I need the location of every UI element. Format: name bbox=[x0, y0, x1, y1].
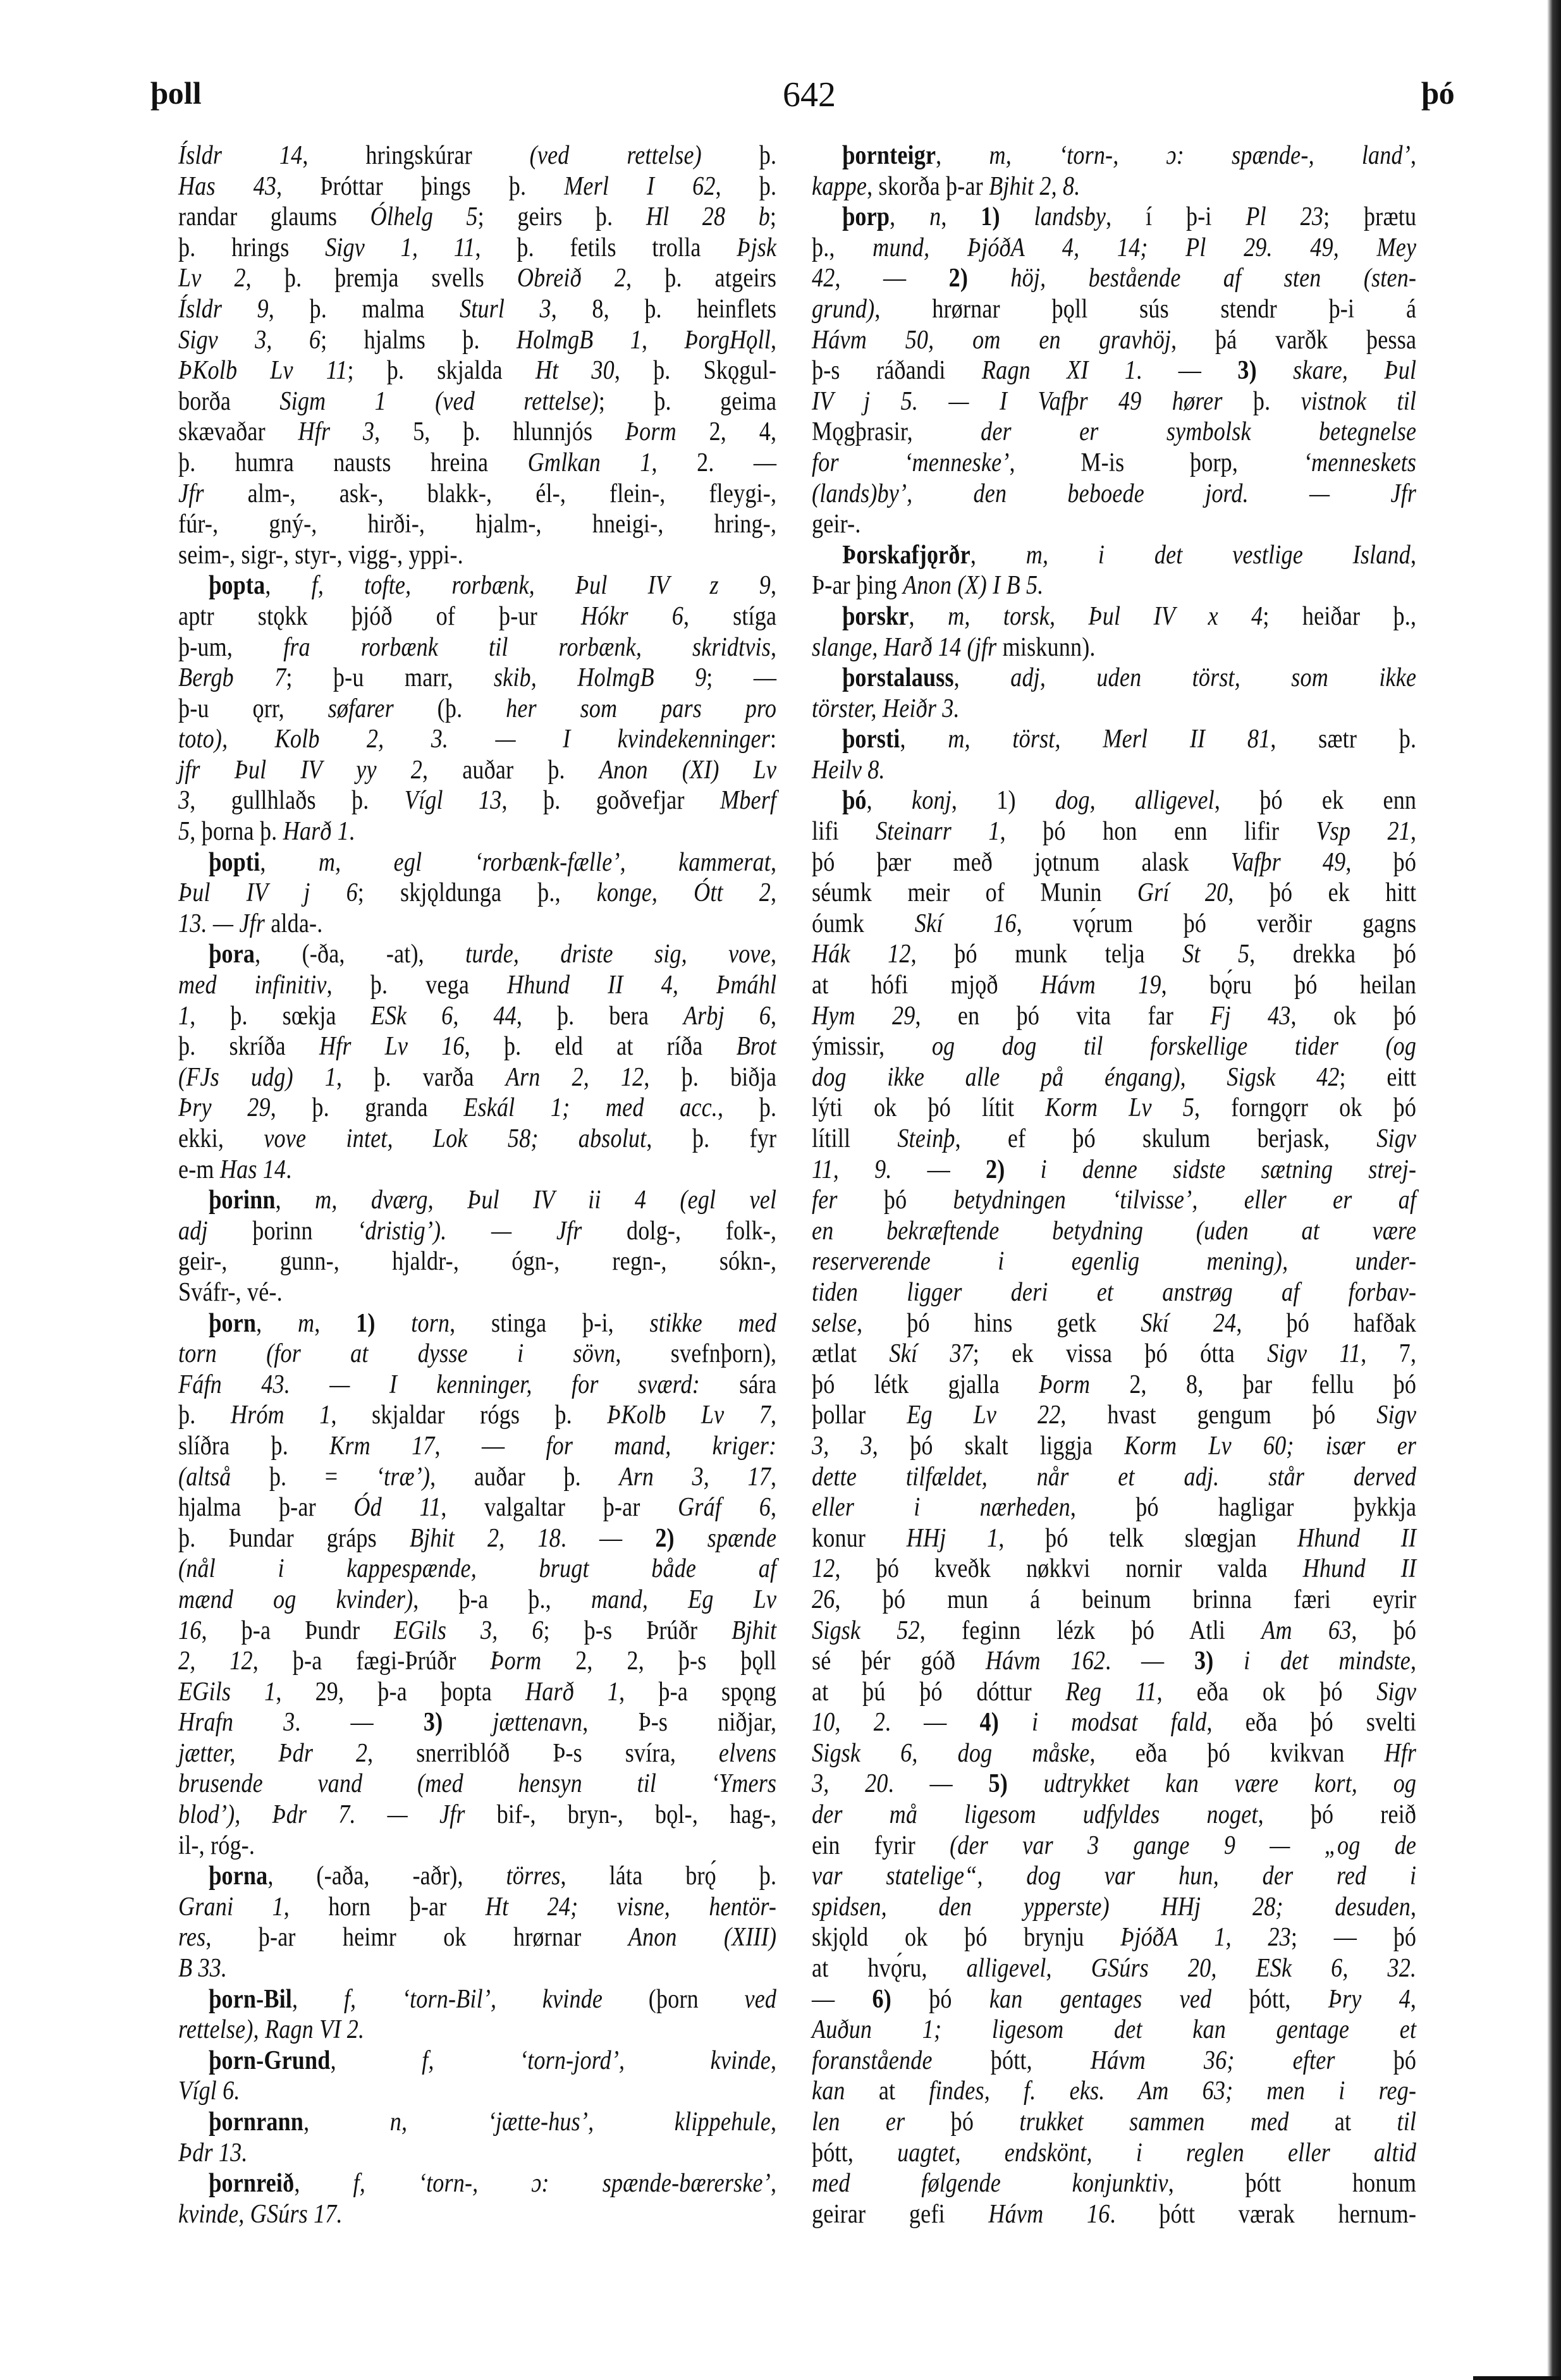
roman-text: , bbox=[1411, 541, 1416, 570]
italic-text: Hhund II bbox=[1297, 1524, 1416, 1553]
italic-text: elvens bbox=[719, 1739, 776, 1768]
italic-text: fra rorbænk til rorbænk, skridtvis bbox=[283, 633, 771, 662]
roman-text: , bbox=[936, 141, 989, 170]
entry-line: 3, 3, þó skalt liggja Korm Lv 60; især e… bbox=[812, 1431, 1416, 1462]
entry-line: þ. skríða Hfr Lv 16, þ. eld at ríða Brot bbox=[178, 1031, 776, 1062]
italic-text: Hl 28 b bbox=[646, 202, 770, 231]
italic-text: Anon (X) I B 5. bbox=[903, 571, 1043, 600]
roman-text: , 29, þ-a þopta bbox=[276, 1678, 525, 1707]
roman-text: óumk bbox=[812, 909, 915, 938]
italic-text: adj bbox=[178, 1217, 208, 1246]
roman-text: , bbox=[909, 602, 948, 631]
roman-text: , bbox=[771, 848, 776, 877]
roman-text: : bbox=[770, 725, 776, 754]
entry-line: reserverende i egenlig mening), under- bbox=[812, 1246, 1416, 1277]
italic-text: Þorm bbox=[490, 1647, 541, 1676]
italic-text: for ‘menneske’ bbox=[812, 448, 1010, 477]
italic-text: Skí 16 bbox=[915, 909, 1017, 938]
roman-text: þótt, bbox=[1211, 1985, 1328, 2014]
entry-line: Heilv 8. bbox=[812, 755, 1416, 786]
entry-line: 10, 2. — 4) i modsat fald, eða þó svelti bbox=[812, 1707, 1416, 1738]
italic-text: f, ‘torn-jord’, kvinde bbox=[422, 2046, 771, 2075]
italic-text: Bjhit bbox=[732, 1616, 776, 1645]
entry-line: borða Sigm 1 (ved rettelse); þ. geima bbox=[178, 386, 776, 417]
italic-text: Vígl 6. bbox=[178, 2076, 240, 2106]
roman-text: , 8, þ. heinflets bbox=[551, 295, 776, 324]
entry-line: 2, 12, þ-a fægi-Þrúðr Þorm 2, 2, þ-s þǫl… bbox=[178, 1646, 776, 1677]
entry-line: e-m Has 14. bbox=[178, 1155, 776, 1186]
italic-text: Þorm bbox=[625, 417, 676, 446]
roman-text: skjǫld ok þó brynju bbox=[812, 1923, 1120, 1952]
roman-text: , 7, bbox=[1361, 1339, 1416, 1368]
roman-text: , bbox=[1411, 1985, 1416, 2014]
italic-text: Ht 24; visne, hentör- bbox=[486, 1892, 776, 1922]
roman-text: þó bbox=[838, 1186, 953, 1215]
italic-text: blod’), Þdr 7. — Jfr bbox=[178, 1800, 465, 1829]
roman-text: , þó hon enn lifir bbox=[1000, 817, 1316, 846]
roman-text: , þó hafðak bbox=[1236, 1309, 1416, 1338]
headword: þorn-Bil bbox=[209, 1985, 292, 2014]
roman-text bbox=[1257, 356, 1293, 385]
roman-text: fúr-, gný-, hirði-, hjalm-, hneigi-, hri… bbox=[178, 510, 776, 539]
italic-text: og dog til forskellige tider (og bbox=[932, 1032, 1416, 1061]
roman-text: , þó kveðk nøkkvi nornir valda bbox=[835, 1554, 1302, 1583]
roman-text: þó bbox=[1335, 2046, 1417, 2075]
entry-line: skævaðar Hfr 3, 5, þ. hlunnjós Þorm 2, 4… bbox=[178, 417, 776, 448]
italic-text: reserverende i egenlig mening), under- bbox=[812, 1247, 1416, 1276]
italic-text: Hávm 16 bbox=[988, 2200, 1110, 2229]
italic-text: f, ‘torn-, ɔ: spænde-bærerske’ bbox=[353, 2169, 770, 2198]
roman-text: , þ. malma bbox=[269, 295, 460, 324]
roman-text: , hvast gengum þó bbox=[1060, 1401, 1376, 1430]
italic-text: 1 bbox=[178, 1002, 190, 1031]
italic-text: vove intet, Lok 58; absolut bbox=[264, 1124, 646, 1153]
italic-text: Fj 43 bbox=[1210, 1002, 1290, 1031]
italic-text: (der var 3 gange 9 — „og de bbox=[950, 1831, 1416, 1860]
italic-text: ‘menneskets bbox=[1304, 448, 1416, 477]
italic-text: jættenavn bbox=[493, 1708, 582, 1737]
entry-line: var statelige“, dog var hun, der red i bbox=[812, 1861, 1416, 1892]
roman-text: , bbox=[1411, 141, 1416, 170]
italic-text: 10, 2 bbox=[812, 1708, 885, 1737]
italic-text: törres bbox=[506, 1862, 561, 1891]
italic-text: m, törst, Merl II 81 bbox=[948, 725, 1270, 754]
italic-text: mand, Eg Lv bbox=[591, 1585, 776, 1614]
roman-text: , forngǫrr ok þó bbox=[1194, 1093, 1416, 1122]
entry-headline: þorstalauss, adj, uden törst, som ikke bbox=[812, 663, 1416, 694]
headword: þorstalauss bbox=[842, 663, 954, 692]
entry-line: Sigsk 52, feginn lézk þó Atli Am 63, þó bbox=[812, 1616, 1416, 1647]
roman-text: lifi bbox=[812, 817, 876, 846]
italic-text: Hókr 6 bbox=[581, 602, 683, 631]
roman-text: sé þér góð bbox=[812, 1647, 986, 1676]
italic-text: 5 bbox=[178, 817, 190, 846]
roman-text: , — bbox=[435, 1432, 546, 1461]
roman-text: ekki, bbox=[178, 1124, 264, 1153]
italic-text: eller i nærheden bbox=[812, 1493, 1070, 1522]
italic-text: Krm 17 bbox=[329, 1432, 434, 1461]
italic-text: HolmgB 1 bbox=[517, 326, 642, 355]
entry-headline: þornreið, f, ‘torn-, ɔ: spænde-bærerske’… bbox=[178, 2168, 776, 2199]
italic-text: Hrafn 3 bbox=[178, 1708, 295, 1737]
entry-line: spidsen, den ypperste) HHj 28; desuden, bbox=[812, 1892, 1416, 1923]
roman-text: , þ. Skǫgul- bbox=[615, 356, 776, 385]
italic-text: ÞKolb Lv 11 bbox=[178, 356, 348, 385]
italic-text: til bbox=[1397, 2107, 1417, 2137]
entry-line: 26, þó mun á beinum brinna færi eyrir bbox=[812, 1585, 1416, 1616]
roman-text: , þá varðk þessa bbox=[1171, 326, 1416, 355]
italic-text: ÞorgHǫll bbox=[684, 326, 770, 355]
entry-line: dette tilfældet, når et adj. står derved bbox=[812, 1462, 1416, 1493]
entry-line: randar glaums Ólhelg 5; geirs þ. Hl 28 b… bbox=[178, 202, 776, 233]
roman-text: ; — þó bbox=[1291, 1923, 1416, 1952]
italic-text: Sigv bbox=[1376, 1124, 1416, 1153]
italic-text: Hávm 36; efter bbox=[1091, 2046, 1335, 2075]
roman-text: — bbox=[812, 1985, 872, 2014]
italic-text: IV j 5. — I Vafþr 49 hører bbox=[812, 387, 1223, 416]
entry-line: þ. Hróm 1, skjaldar rógs þ. ÞKolb Lv 7, bbox=[178, 1400, 776, 1431]
roman-text: , þ. atgeirs bbox=[626, 264, 776, 293]
roman-text: . — bbox=[1136, 356, 1237, 385]
italic-text: Hávm 50, om en gravhöj bbox=[812, 326, 1171, 355]
italic-text: Harð 1 bbox=[283, 817, 349, 846]
italic-text: Bergb 7 bbox=[178, 663, 286, 692]
roman-text: konur bbox=[812, 1524, 907, 1553]
roman-text: alda-. bbox=[265, 909, 322, 938]
roman-text: , stíga bbox=[683, 602, 776, 631]
italic-text: kappe bbox=[812, 172, 867, 201]
italic-text: Auðun 1; ligesom det kan gentage et bbox=[812, 2015, 1416, 2044]
italic-text: Sigv bbox=[1376, 1401, 1416, 1430]
scan-edge-bottom bbox=[1473, 2376, 1561, 2380]
entry-line: at hófi mjǫð Hávm 19, bǫ́ru þó heilan bbox=[812, 970, 1416, 1001]
roman-text bbox=[1000, 202, 1034, 231]
italic-text: 2, 12 bbox=[178, 1647, 253, 1676]
italic-text: adj, uden törst, som ikke bbox=[1010, 663, 1416, 692]
entry-line: brusende vand (med hensyn til ‘Ymers bbox=[178, 1769, 776, 1800]
entry-line: þ., mund, ÞjóðA 4, 14; Pl 29. 49, Mey bbox=[812, 233, 1416, 264]
entry-line: þ. hrings Sigv 1, 11, þ. fetils trolla Þ… bbox=[178, 233, 776, 264]
entry-line: sé þér góð Hávm 162. — 3) i det mindste, bbox=[812, 1646, 1416, 1677]
entry-line: (altså þ. = ‘træ’), auðar þ. Arn 3, 17, bbox=[178, 1462, 776, 1493]
headword: 3) bbox=[1194, 1647, 1213, 1676]
roman-text: , bbox=[771, 2107, 776, 2137]
italic-text: (ved rettelse) bbox=[530, 141, 702, 170]
roman-text bbox=[1213, 1647, 1244, 1676]
headword: þorskr bbox=[842, 602, 909, 631]
italic-text: Sigsk 6, dog måske bbox=[812, 1739, 1089, 1768]
italic-text: Grí 20 bbox=[1137, 878, 1228, 907]
italic-text: foranstående bbox=[812, 2046, 933, 2075]
headword: þornrann bbox=[209, 2107, 303, 2137]
italic-text: 12 bbox=[812, 1554, 835, 1583]
italic-text: Jfr bbox=[178, 479, 204, 508]
roman-text: þorinn bbox=[208, 1217, 357, 1246]
entry-line: (lands)by’, den beboede jord. — Jfr bbox=[812, 479, 1416, 510]
roman-text: ; þ. geima bbox=[599, 387, 776, 416]
italic-text: Þry 29 bbox=[178, 1093, 271, 1122]
roman-text: ; ek vissa þó ótta bbox=[973, 1339, 1268, 1368]
roman-text: ; heiðar þ., bbox=[1263, 602, 1416, 631]
entry-line: (FJs udg) 1, þ. varða Arn 2, 12, þ. biðj… bbox=[178, 1062, 776, 1093]
roman-text: , þ. fetils trolla bbox=[475, 233, 737, 262]
entry-line: Fáfn 43. — I kenninger, for sværd: sára bbox=[178, 1370, 776, 1401]
entry-line: 3, 20. — 5) udtrykket kan være kort, og bbox=[812, 1769, 1416, 1800]
entry-line: dog ikke alle på éngang), Sigsk 42; eitt bbox=[812, 1062, 1416, 1093]
entry-headline: þorn, m, 1) torn, stinga þ-i, stikke med bbox=[178, 1308, 776, 1339]
entry-line: Lv 2, þ. þremja svells Obreið 2, þ. atge… bbox=[178, 263, 776, 294]
roman-text: þ. = bbox=[231, 1463, 376, 1492]
entry-line: þó þær með jǫtnum alask Vafþr 49, þó bbox=[812, 847, 1416, 878]
roman-text: , þ. eld at ríða bbox=[465, 1032, 737, 1061]
italic-text: Sigv 3, 6 bbox=[178, 326, 321, 355]
roman-text: , þó ek hitt bbox=[1228, 878, 1416, 907]
roman-text: , bbox=[771, 1002, 776, 1031]
italic-text: alligevel, GSúrs 20, ESk 6, 32. bbox=[967, 1954, 1417, 1983]
dictionary-column-right: þornteigr, m, ‘torn-, ɔ: spænde-, land’,… bbox=[812, 140, 1416, 2230]
entry-line: tiden ligger deri et anstrøg af forbav- bbox=[812, 1277, 1416, 1308]
italic-text: (FJs udg) 1 bbox=[178, 1063, 336, 1092]
roman-text: , þ. sœkja bbox=[190, 1002, 370, 1031]
roman-text: , bbox=[771, 1401, 776, 1430]
italic-text: m, torsk, Þul IV x 4 bbox=[948, 602, 1263, 631]
italic-text: toto), Kolb 2, 3. — I kvindekenninger bbox=[178, 725, 770, 754]
italic-text: n bbox=[929, 202, 941, 231]
entry-line: EGils 1, 29, þ-a þopta Harð 1, þ-a spǫng bbox=[178, 1677, 776, 1708]
roman-text: miskunn). bbox=[996, 633, 1095, 662]
roman-text: , horn þ-ar bbox=[284, 1892, 486, 1922]
entry-line: 3, gullhlaðs þ. Vígl 13, þ. goðvefjar Mb… bbox=[178, 785, 776, 816]
italic-text: vistnok til bbox=[1301, 387, 1416, 416]
italic-text: rettelse), Ragn VI 2. bbox=[178, 2015, 364, 2044]
entry-line: hjalma þ-ar Ód 11, valgaltar þ-ar Gráf 6… bbox=[178, 1492, 776, 1523]
entry-line: Mǫgþrasir, der er symbolsk betegnelse bbox=[812, 417, 1416, 448]
italic-text: Sigv 11 bbox=[1267, 1339, 1361, 1368]
entry-line: þótt, uagtet, endskönt, i reglen eller a… bbox=[812, 2138, 1416, 2169]
italic-text: (altså bbox=[178, 1463, 231, 1492]
roman-text: ein fyrir bbox=[812, 1831, 950, 1860]
italic-text: slange, Harð 14 (jfr bbox=[812, 633, 996, 662]
entry-line: ekki, vove intet, Lok 58; absolut, þ. fy… bbox=[178, 1124, 776, 1155]
roman-text: , láta brǫ́ þ. bbox=[561, 1862, 777, 1891]
roman-text: , bbox=[867, 786, 912, 815]
roman-text bbox=[675, 1524, 707, 1553]
italic-text: kvinde, GSúrs 17. bbox=[178, 2200, 343, 2229]
roman-text: , þ. bbox=[718, 1093, 776, 1122]
italic-text: Am 63 bbox=[1261, 1616, 1351, 1645]
italic-text: höj, bestående af sten (sten- bbox=[1010, 264, 1416, 293]
roman-text: , bbox=[265, 571, 311, 600]
roman-text: , bbox=[276, 1186, 315, 1215]
roman-text: , þ. þremja svells bbox=[246, 264, 517, 293]
italic-text: Sigm 1 (ved rettelse) bbox=[279, 387, 598, 416]
roman-text: . — bbox=[1105, 1647, 1194, 1676]
entry-line: Hávm 50, om en gravhöj, þá varðk þessa bbox=[812, 325, 1416, 356]
roman-text: þó bbox=[891, 1985, 989, 2014]
italic-text: spænde bbox=[707, 1524, 776, 1553]
headword: þorinn bbox=[209, 1186, 275, 1215]
roman-text bbox=[1005, 1155, 1040, 1184]
italic-text: Ht 30 bbox=[536, 356, 615, 385]
entry-line: jætter, Þdr 2, snerriblóð Þ-s svíra, elv… bbox=[178, 1738, 776, 1769]
italic-text: med infinitiv bbox=[178, 971, 327, 1000]
roman-text: ; þ-s Þrúðr bbox=[544, 1616, 732, 1645]
headword: þopta bbox=[209, 571, 265, 600]
italic-text: 13. — Jfr bbox=[178, 909, 265, 938]
roman-text: , þ. bbox=[716, 172, 777, 201]
roman-text: , þ-ar heimr ok hrørnar bbox=[205, 1923, 628, 1952]
roman-text: dolg-, folk-, bbox=[582, 1217, 776, 1246]
roman-text: (þorn bbox=[603, 1985, 744, 2014]
italic-text: Þry 4 bbox=[1328, 1985, 1411, 2014]
entry-line: Sigv 3, 6; hjalms þ. HolmgB 1, ÞorgHǫll, bbox=[178, 325, 776, 356]
headword: 2) bbox=[986, 1155, 1005, 1184]
roman-text: , bbox=[1411, 1892, 1416, 1922]
entry-line: 5, þorna þ. Harð 1. bbox=[178, 816, 776, 847]
entry-line: adj þorinn ‘dristig’). — Jfr dolg-, folk… bbox=[178, 1216, 776, 1247]
italic-text: törster, Heiðr 3. bbox=[812, 694, 960, 723]
italic-text: Arbj 6 bbox=[683, 1002, 771, 1031]
entry-line: foranstående þótt, Hávm 36; efter þó bbox=[812, 2046, 1416, 2076]
roman-text: séumk meir of Munin bbox=[812, 878, 1137, 907]
italic-text: i det mindste bbox=[1244, 1647, 1411, 1676]
italic-text: Steinþ bbox=[897, 1124, 955, 1153]
roman-text: , bbox=[771, 633, 776, 662]
italic-text: jfr Þul IV yy 2 bbox=[178, 756, 422, 785]
entry-line: ÞKolb Lv 11; þ. skjalda Ht 30, þ. Skǫgul… bbox=[178, 355, 776, 386]
roman-text: . — bbox=[295, 1708, 423, 1737]
italic-text: Gráf 6 bbox=[678, 1493, 771, 1522]
italic-text: for mand, kriger: bbox=[546, 1432, 776, 1461]
italic-text: Ód 11 bbox=[353, 1493, 441, 1522]
roman-text: , bbox=[970, 541, 1026, 570]
italic-text: ÞKolb Lv 7 bbox=[607, 1401, 771, 1430]
roman-text: þótt, bbox=[933, 2046, 1091, 2075]
italic-text: jætter, Þdr 2 bbox=[178, 1739, 367, 1768]
roman-text: þ. bbox=[1223, 387, 1301, 416]
italic-text: selse bbox=[812, 1309, 857, 1338]
italic-text: Hák 12 bbox=[812, 940, 911, 969]
italic-text: Hhund II 4, Þmáhl bbox=[507, 971, 776, 1000]
entry-line: der må ligesom udfyldes noget, þó reið bbox=[812, 1800, 1416, 1831]
italic-text: Arn 3, 17 bbox=[619, 1463, 771, 1492]
italic-text: Hávm 19 bbox=[1041, 971, 1161, 1000]
italic-text: Hávm 162 bbox=[986, 1647, 1105, 1676]
italic-text: ‘træ’) bbox=[376, 1463, 430, 1492]
entry-line: lítill Steinþ, ef þó skulum berjask, Sig… bbox=[812, 1124, 1416, 1155]
headword: 5) bbox=[989, 1769, 1008, 1798]
roman-text: . þótt værak hernum- bbox=[1110, 2200, 1416, 2229]
roman-text: þ. bbox=[178, 1401, 231, 1430]
italic-text: f, tofte, rorbænk, Þul IV z 9 bbox=[312, 571, 771, 600]
italic-text: Þjsk bbox=[737, 233, 776, 262]
italic-text: f, ‘torn-Bil’, kvinde bbox=[344, 1985, 603, 2014]
entry-line: for ‘menneske’, M-is þorp, ‘menneskets bbox=[812, 448, 1416, 479]
roman-text: borða bbox=[178, 387, 279, 416]
roman-text: , sætr þ. bbox=[1270, 725, 1416, 754]
entry-line: med følgende konjunktiv, þótt honum bbox=[812, 2168, 1416, 2199]
italic-text: udtrykket kan være kort, og bbox=[1044, 1769, 1417, 1798]
italic-text: Sigv 1, 11 bbox=[325, 233, 475, 262]
italic-text: torn bbox=[411, 1309, 450, 1338]
italic-text: Merl I 62 bbox=[564, 172, 715, 201]
roman-text: þótt, bbox=[812, 2138, 897, 2168]
roman-text: , bbox=[292, 1985, 344, 2014]
roman-text: , Þróttar þings þ. bbox=[276, 172, 564, 201]
roman-text: , stinga þ-i, bbox=[450, 1309, 649, 1338]
entry-line: 16, þ-a Þundr EGils 3, 6; þ-s Þrúðr Bjhi… bbox=[178, 1616, 776, 1647]
roman-text: at bbox=[1289, 2107, 1397, 2137]
headword: þorn bbox=[209, 1309, 256, 1338]
italic-text: Anon (XIII) bbox=[628, 1923, 776, 1952]
italic-text: fer bbox=[812, 1186, 838, 1215]
entry-line: séumk meir of Munin Grí 20, þó ek hitt bbox=[812, 878, 1416, 909]
italic-text: spidsen, den ypperste) HHj 28; desuden bbox=[812, 1892, 1411, 1922]
italic-text: Ísldr 9 bbox=[178, 295, 269, 324]
roman-text: ; hjalms þ. bbox=[321, 326, 517, 355]
roman-text: , eða þó svelti bbox=[1206, 1708, 1416, 1737]
italic-text: Pl 23 bbox=[1246, 202, 1323, 231]
entry-line: seim-, sigr-, styr-, vigg-, yppi-. bbox=[178, 540, 776, 571]
roman-text: , ok þó bbox=[1290, 1002, 1416, 1031]
italic-text: dog, alligevel bbox=[1055, 786, 1215, 815]
italic-text: Vsp 21 bbox=[1316, 817, 1411, 846]
headword: þorna bbox=[209, 1862, 267, 1891]
roman-text: , bbox=[1411, 1647, 1416, 1676]
entry-line: kan at findes, f. eks. Am 63; men i reg- bbox=[812, 2076, 1416, 2107]
roman-text: þ. bbox=[702, 141, 776, 170]
italic-text: Vígl 13 bbox=[405, 786, 502, 815]
italic-text: 11, 9. bbox=[812, 1155, 892, 1184]
roman-text: lýti ok þó lítit bbox=[812, 1093, 1045, 1122]
entry-line: Vígl 6. bbox=[178, 2076, 776, 2107]
roman-text: at hvǫ́ru, bbox=[812, 1954, 967, 1983]
entry-headline: þorskr, m, torsk, Þul IV x 4; heiðar þ., bbox=[812, 601, 1416, 632]
entry-line: rettelse), Ragn VI 2. bbox=[178, 2015, 776, 2046]
roman-text: , hringskúrar bbox=[302, 141, 529, 170]
entry-headline: þó, konj, 1) dog, alligevel, þó ek enn bbox=[812, 785, 1416, 816]
headword: 6) bbox=[872, 1985, 891, 2014]
roman-text bbox=[968, 264, 1010, 293]
entry-line: fúr-, gný-, hirði-, hjalm-, hneigi-, hri… bbox=[178, 509, 776, 540]
entry-headline: þopti, m, egl ‘rorbænk-fælle’, kammerat, bbox=[178, 847, 776, 878]
entry-line: Ísldr 9, þ. malma Sturl 3, 8, þ. heinfle… bbox=[178, 294, 776, 325]
italic-text: Þul IV j 6 bbox=[178, 878, 358, 907]
italic-text: m, egl ‘rorbænk-fælle’, kammerat bbox=[319, 848, 771, 877]
headword: 1) bbox=[356, 1309, 375, 1338]
entry-headline: þorp, n, 1) landsby, í þ-i Pl 23; þrætu bbox=[812, 202, 1416, 233]
roman-text: þ. hrings bbox=[178, 233, 325, 262]
dictionary-column-left: Ísldr 14, hringskúrar (ved rettelse) þ.H… bbox=[178, 140, 776, 2230]
entry-line: 1, þ. sœkja ESk 6, 44, þ. bera Arbj 6, bbox=[178, 1001, 776, 1032]
italic-text: kan gentages ved bbox=[989, 1985, 1211, 2014]
entry-line: Ísldr 14, hringskúrar (ved rettelse) þ. bbox=[178, 140, 776, 171]
roman-text: at bbox=[845, 2076, 929, 2106]
italic-text: Ísldr 14 bbox=[178, 141, 302, 170]
italic-text: Obreið 2 bbox=[517, 264, 626, 293]
roman-text: , ef þó skulum berjask, bbox=[955, 1124, 1377, 1153]
entry-headline: þora, (-ða, -at), turde, driste sig, vov… bbox=[178, 939, 776, 970]
roman-text: , svefnþorn), bbox=[615, 1339, 776, 1368]
italic-text: m, ‘torn-, ɔ: spænde-, land’ bbox=[989, 141, 1411, 170]
entry-line: ætlat Skí 37; ek vissa þó ótta Sigv 11, … bbox=[812, 1339, 1416, 1370]
roman-text: , þorna þ. bbox=[190, 817, 283, 846]
roman-text: 2, 4, bbox=[676, 417, 776, 446]
roman-text bbox=[376, 1309, 412, 1338]
headword: þó bbox=[842, 786, 866, 815]
entry-line: skjǫld ok þó brynju ÞjóðA 1, 23; — þó bbox=[812, 1922, 1416, 1953]
roman-text: þó létk gjalla bbox=[812, 1370, 1039, 1399]
